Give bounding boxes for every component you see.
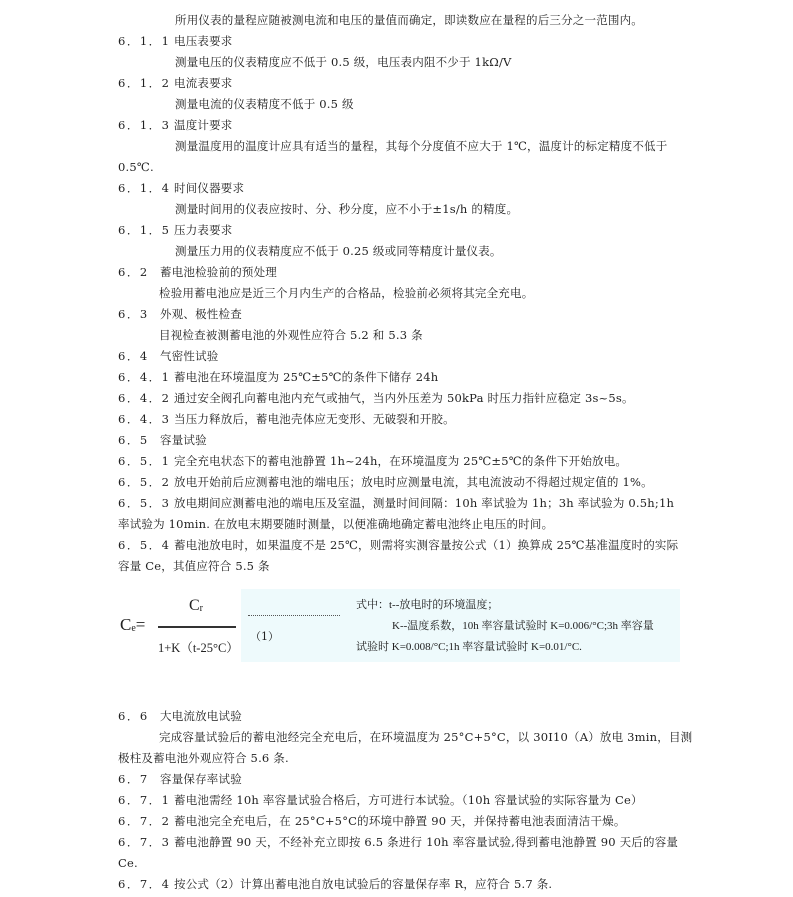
line-text: 放电期间应测蓄电池的端电压及室温，测量时间间隔：10h 率试验为 1h；3h 率…: [174, 496, 674, 510]
line-text: 电流表要求: [174, 76, 233, 90]
section-number: 6．7．2: [118, 814, 174, 828]
text-line: 极柱及蓄电池外观应符合 5.6 条.: [118, 751, 289, 765]
line-text: 外观、极性检查: [160, 307, 242, 321]
text-line: 6．7．2蓄电池完全充电后，在 25°C+5°C的环境中静置 90 天，并保持蓄…: [118, 814, 626, 828]
section-number: 6．5．4: [118, 538, 174, 552]
section-number: 6．4．2: [118, 391, 174, 405]
line-text: 0.5℃.: [118, 160, 154, 174]
line-text: 蓄电池静置 90 天，不经补充立即按 6.5 条进行 10h 率容量试验,得到蓄…: [174, 835, 678, 849]
text-line: 容量 Ce，其值应符合 5.5 条: [118, 559, 270, 573]
text-line: 率试验为 10min. 在放电末期要随时测量，以便准确地确定蓄电池终止电压的时间…: [118, 517, 553, 531]
line-text: 测量电流的仪表精度不低于 0.5 级: [175, 97, 354, 111]
line-text: 压力表要求: [174, 223, 233, 237]
line-text: 测量电压的仪表精度应不低于 0.5 级，电压表内阻不少于 1kΩ/V: [175, 55, 512, 69]
line-text: Ce.: [118, 856, 138, 870]
line-text: 完全充电状态下的蓄电池静置 1h~24h，在环境温度为 25℃±5℃的条件下开始…: [174, 454, 627, 468]
section-number: 6．1．3: [118, 118, 174, 132]
line-text: 按公式（2）计算出蓄电池自放电试验后的容量保存率 R，应符合 5.7 条.: [174, 877, 552, 891]
text-line: 6．7容量保存率试验: [118, 772, 242, 786]
section-number: 6．5: [118, 433, 160, 447]
section-number: 6．7．3: [118, 835, 174, 849]
line-text: 时间仪器要求: [174, 181, 244, 195]
text-line: 6．1．1电压表要求: [118, 34, 233, 48]
section-number: 6．4．1: [118, 370, 174, 384]
section-number: 6．2: [118, 265, 160, 279]
formula-explanation-line: 式中：t--放电时的环境温度；: [356, 598, 498, 612]
line-text: 大电流放电试验: [160, 709, 242, 723]
text-line: 6．2蓄电池检验前的预处理: [118, 265, 277, 279]
text-line: 6．5容量试验: [118, 433, 207, 447]
line-text: 放电开始前后应测蓄电池的端电压；放电时应测量电流，其电流波动不得超过规定值的 1…: [174, 475, 653, 489]
formula-explanation-line: 试验时 K=0.008/°C;1h 率容量试验时 K=0.01/°C.: [356, 640, 582, 654]
text-line: 6．1．4时间仪器要求: [118, 181, 244, 195]
text-line: 6．4．3当压力释放后，蓄电池壳体应无变形、无破裂和开胶。: [118, 412, 455, 426]
text-line: 6．7．4按公式（2）计算出蓄电池自放电试验后的容量保存率 R，应符合 5.7 …: [118, 877, 552, 891]
line-text: 温度计要求: [174, 118, 233, 132]
text-line: 6．5．4蓄电池放电时，如果温度不是 25℃，则需将实测容量按公式（1）换算成 …: [118, 538, 678, 552]
line-text: 蓄电池放电时，如果温度不是 25℃，则需将实测容量按公式（1）换算成 25℃基准…: [174, 538, 678, 552]
text-line: 6．7．1蓄电池需经 10h 率容量试验合格后，方可进行本试验。（10h 容量试…: [118, 793, 643, 807]
text-line: 6．7．3蓄电池静置 90 天，不经补充立即按 6.5 条进行 10h 率容量试…: [118, 835, 678, 849]
line-text: 检验用蓄电池应是近三个月内生产的合格品，检验前必须将其完全充电。: [159, 286, 533, 300]
line-text: 蓄电池完全充电后，在 25°C+5°C的环境中静置 90 天，并保持蓄电池表面清…: [174, 814, 626, 828]
section-number: 6．7: [118, 772, 160, 786]
section-number: 6．6: [118, 709, 160, 723]
section-number: 6．7．4: [118, 877, 174, 891]
line-text: 率试验为 10min. 在放电末期要随时测量，以便准确地确定蓄电池终止电压的时间…: [118, 517, 553, 531]
formula-denominator: 1+K（t-25°C）: [158, 638, 239, 656]
fraction-bar: [158, 626, 236, 628]
text-line: 6．4．2通过安全阀孔向蓄电池内充气或抽气，当内外压差为 50kPa 时压力指针…: [118, 391, 634, 405]
section-number: 6．5．1: [118, 454, 174, 468]
section-number: 6．3: [118, 307, 160, 321]
text-line: 测量压力用的仪表精度应不低于 0.25 级或同等精度计量仪表。: [175, 244, 502, 258]
line-text: 当压力释放后，蓄电池壳体应无变形、无破裂和开胶。: [174, 412, 455, 426]
formula-explanation-line: K--温度系数，10h 率容量试验时 K=0.006/°C;3h 率容量: [392, 619, 654, 633]
line-text: 测量温度用的温度计应具有适当的量程，其每个分度值不应大于 1℃，温度计的标定精度…: [175, 139, 667, 153]
section-number: 6．4: [118, 349, 160, 363]
text-line: 6．1．3温度计要求: [118, 118, 233, 132]
text-line: 所用仪表的量程应随被测电流和电压的量值而确定，即读数应在量程的后三分之一范围内。: [175, 13, 643, 27]
line-text: 容量 Ce，其值应符合 5.5 条: [118, 559, 270, 573]
text-line: 6．5．1完全充电状态下的蓄电池静置 1h~24h，在环境温度为 25℃±5℃的…: [118, 454, 627, 468]
line-text: 完成容量试验后的蓄电池经完全充电后，在环境温度为 25°C+5°C，以 30I1…: [159, 730, 692, 744]
equation-number: （1）: [250, 628, 279, 644]
text-line: 6．4气密性试验: [118, 349, 219, 363]
line-text: 测量时间用的仪表应按时、分、秒分度，应不小于±1s/h 的精度。: [175, 202, 518, 216]
line-text: 蓄电池在环境温度为 25℃±5℃的条件下储存 24h: [174, 370, 438, 384]
text-line: 测量温度用的温度计应具有适当的量程，其每个分度值不应大于 1℃，温度计的标定精度…: [175, 139, 667, 153]
line-text: 气密性试验: [160, 349, 219, 363]
section-number: 6．7．1: [118, 793, 174, 807]
line-text: 测量压力用的仪表精度应不低于 0.25 级或同等精度计量仪表。: [175, 244, 502, 258]
dotted-leader: [248, 615, 340, 616]
text-line: 6．6大电流放电试验: [118, 709, 242, 723]
line-text: 电压表要求: [174, 34, 233, 48]
section-number: 6．1．2: [118, 76, 174, 90]
line-text: 容量试验: [160, 433, 207, 447]
text-line: 6．5．3放电期间应测蓄电池的端电压及室温，测量时间间隔：10h 率试验为 1h…: [118, 496, 674, 510]
text-line: 检验用蓄电池应是近三个月内生产的合格品，检验前必须将其完全充电。: [159, 286, 533, 300]
formula-numerator: Cr: [189, 597, 203, 615]
text-line: 0.5℃.: [118, 160, 154, 174]
section-number: 6．4．3: [118, 412, 174, 426]
text-line: 测量时间用的仪表应按时、分、秒分度，应不小于±1s/h 的精度。: [175, 202, 518, 216]
section-number: 6．1．1: [118, 34, 174, 48]
line-text: 通过安全阀孔向蓄电池内充气或抽气，当内外压差为 50kPa 时压力指针应稳定 3…: [174, 391, 634, 405]
section-number: 6．1．5: [118, 223, 174, 237]
section-number: 6．1．4: [118, 181, 174, 195]
text-line: 目视检查被测蓄电池的外观性应符合 5.2 和 5.3 条: [159, 328, 423, 342]
section-number: 6．5．2: [118, 475, 174, 489]
line-text: 蓄电池检验前的预处理: [160, 265, 277, 279]
text-line: 测量电压的仪表精度应不低于 0.5 级，电压表内阻不少于 1kΩ/V: [175, 55, 512, 69]
text-line: Ce.: [118, 856, 138, 870]
text-line: 6．1．2电流表要求: [118, 76, 233, 90]
line-text: 所用仪表的量程应随被测电流和电压的量值而确定，即读数应在量程的后三分之一范围内。: [175, 13, 643, 27]
line-text: 极柱及蓄电池外观应符合 5.6 条.: [118, 751, 289, 765]
line-text: 容量保存率试验: [160, 772, 242, 786]
text-line: 完成容量试验后的蓄电池经完全充电后，在环境温度为 25°C+5°C，以 30I1…: [159, 730, 692, 744]
line-text: 蓄电池需经 10h 率容量试验合格后，方可进行本试验。（10h 容量试验的实际容…: [174, 793, 643, 807]
section-number: 6．5．3: [118, 496, 174, 510]
text-line: 6．4．1蓄电池在环境温度为 25℃±5℃的条件下储存 24h: [118, 370, 438, 384]
formula-lhs: Ce=: [120, 615, 145, 635]
text-line: 6．3外观、极性检查: [118, 307, 242, 321]
line-text: 目视检查被测蓄电池的外观性应符合 5.2 和 5.3 条: [159, 328, 423, 342]
text-line: 6．1．5压力表要求: [118, 223, 233, 237]
text-line: 测量电流的仪表精度不低于 0.5 级: [175, 97, 354, 111]
text-line: 6．5．2放电开始前后应测蓄电池的端电压；放电时应测量电流，其电流波动不得超过规…: [118, 475, 653, 489]
